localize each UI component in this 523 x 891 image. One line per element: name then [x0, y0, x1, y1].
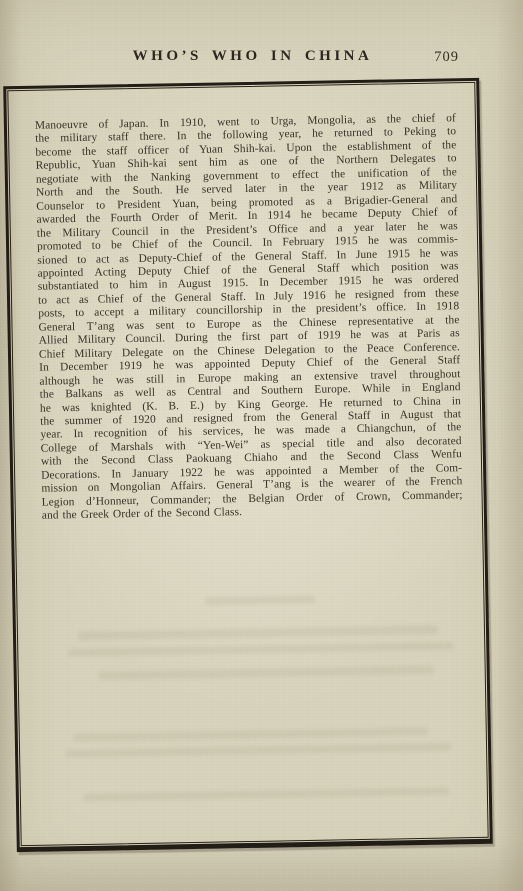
page-number: 709 [434, 49, 459, 66]
page-border-frame: Manoeuvre of Japan. In 1910, went to Urg… [3, 78, 493, 852]
scanned-book-page: WHO’S WHO IN CHINA 709 Manoeuvre of Japa… [0, 0, 523, 891]
biography-text: Manoeuvre of Japan. In 1910, went to Urg… [6, 81, 484, 524]
running-header: WHO’S WHO IN CHINA 709 [0, 48, 523, 70]
